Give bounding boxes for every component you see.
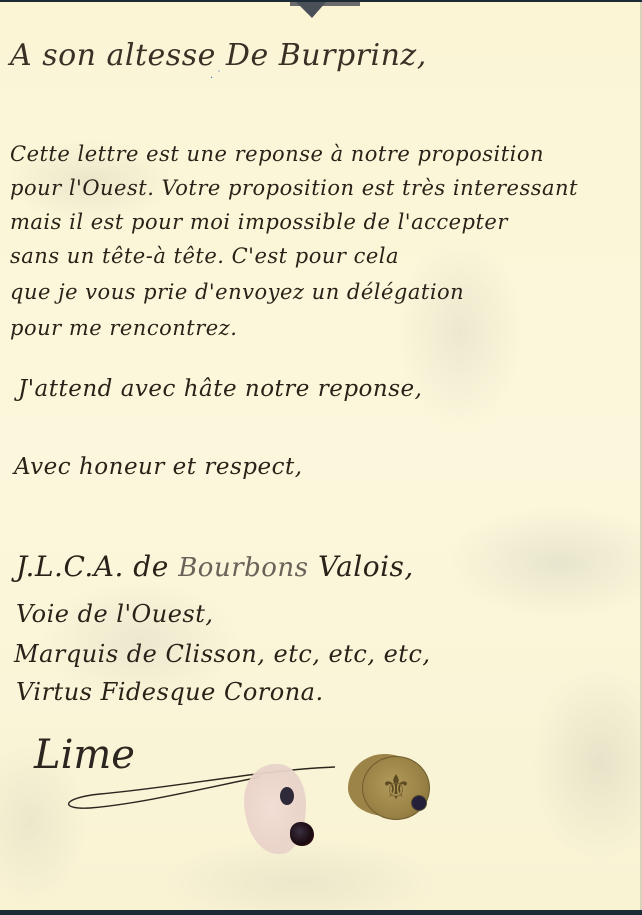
signatory-house: Valois,: [318, 550, 414, 583]
await-reply-line: J'attend avec hâte notre reponse,: [18, 376, 422, 402]
ink-specks: . ˙: [210, 70, 221, 81]
body-line-5: que je vous prie d'envoyez un délégation: [10, 280, 464, 304]
salutation: A son altesse De Burprinz,: [10, 38, 427, 73]
ink-blot: [280, 787, 294, 805]
signatory-house-faint: Bourbons: [178, 553, 308, 583]
body-line-2: pour l'Ouest. Votre proposition est très…: [10, 176, 578, 200]
signatory-title-1: Voie de l'Ouest,: [16, 600, 213, 628]
body-line-3: mais il est pour moi impossible de l'acc…: [10, 210, 508, 234]
body-line-4: sans un tête-à tête. C'est pour cela: [10, 244, 399, 268]
signatory-motto: Virtus Fidesque Corona.: [16, 678, 324, 706]
signatory-title-2: Marquis de Clisson, etc, etc, etc,: [14, 640, 431, 668]
signatory-name: J.L.C.A. de Bourbons Valois,: [16, 550, 414, 583]
seal-dark-dot: [411, 795, 427, 811]
scan-border: [0, 910, 642, 915]
signatory-initials: J.L.C.A. de: [16, 550, 169, 583]
body-line-1: Cette lettre est une reponse à notre pro…: [10, 142, 544, 166]
closing-line: Avec honeur et respect,: [14, 454, 303, 480]
red-wax-blot: [290, 822, 314, 846]
body-line-6: pour me rencontrez.: [10, 316, 237, 340]
torn-corner: [296, 2, 326, 18]
letter-page: A son altesse De Burprinz, . ˙ Cette let…: [0, 2, 642, 910]
